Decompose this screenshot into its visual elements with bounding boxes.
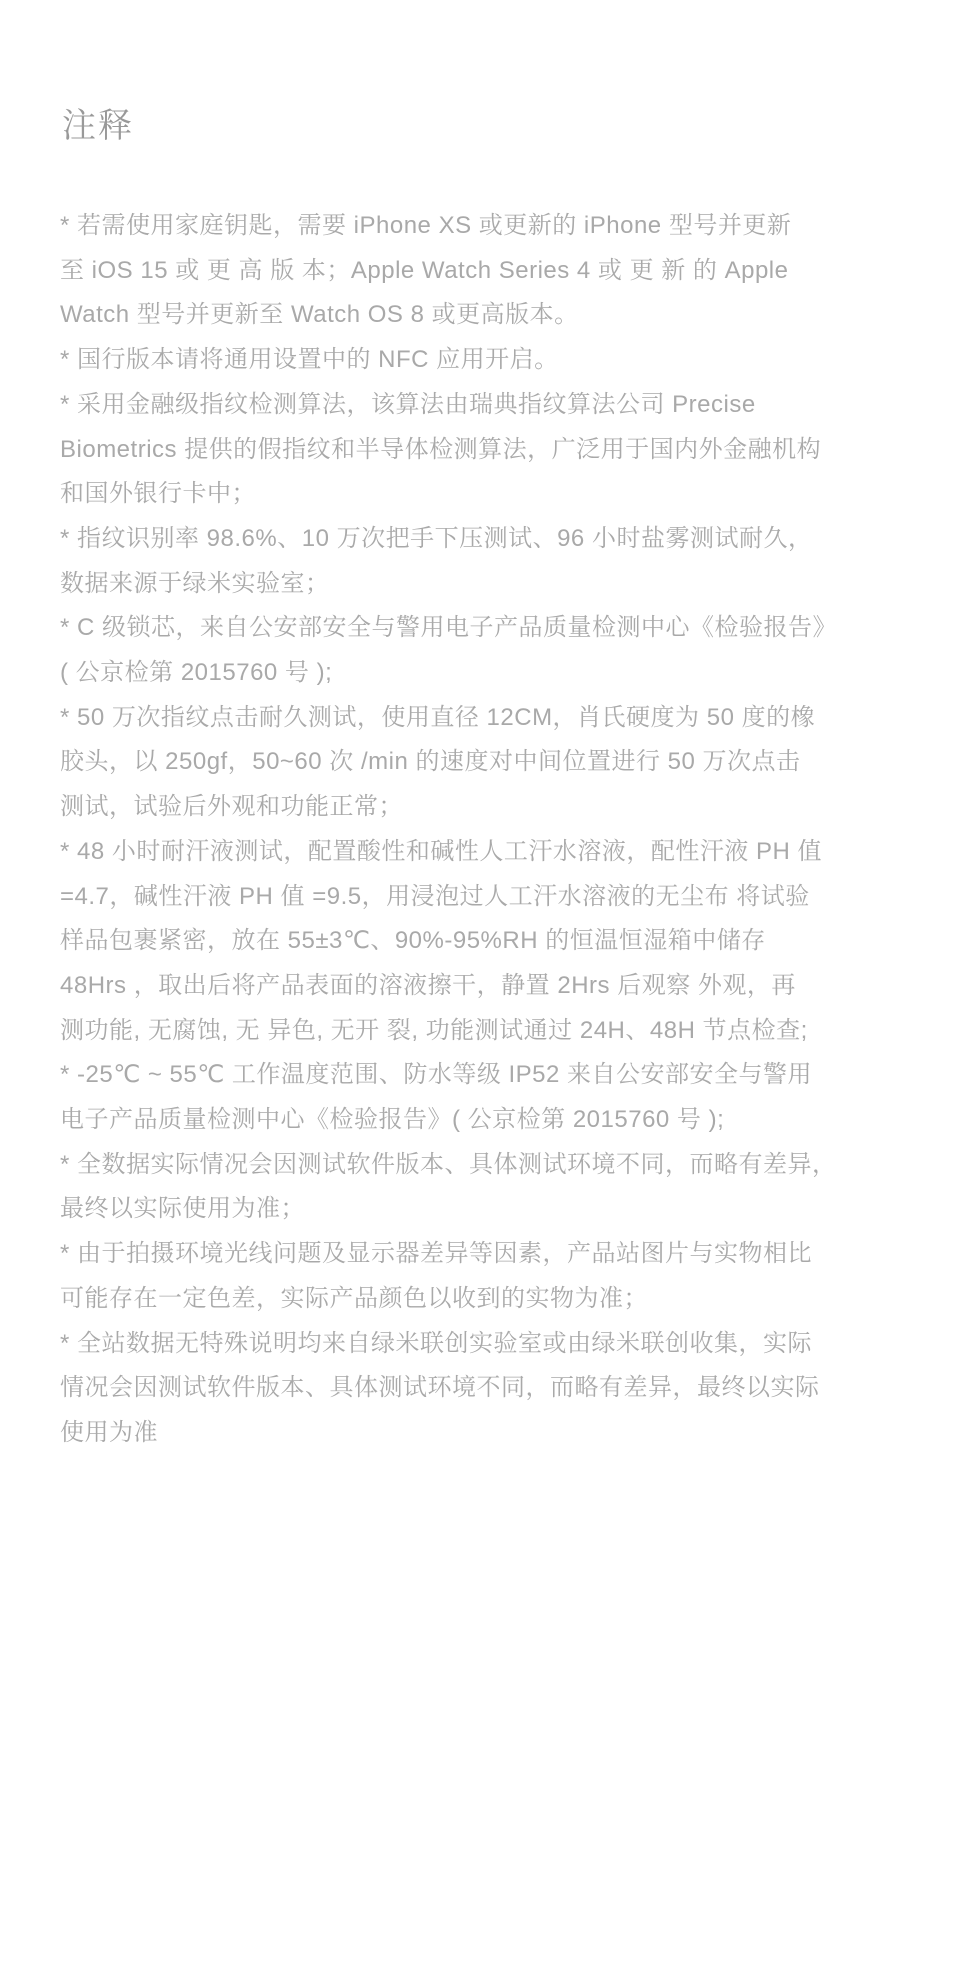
product-notes-section: 注释 * 若需使用家庭钥匙，需要 iPhone XS 或更新的 iPhone 型… — [0, 0, 960, 1981]
note-line: * -25℃ ~ 55℃ 工作温度范围、防水等级 IP52 来自公安部安全与警用 — [60, 1053, 900, 1098]
note-line: Biometrics 提供的假指纹和半导体检测算法，广泛用于国内外金融机构 — [60, 428, 900, 473]
note-line: 测功能, 无腐蚀, 无 异色, 无开 裂, 功能测试通过 24H、48H 节点检… — [60, 1009, 900, 1054]
notes-list: * 若需使用家庭钥匙，需要 iPhone XS 或更新的 iPhone 型号并更… — [60, 204, 900, 1456]
note-item: * -25℃ ~ 55℃ 工作温度范围、防水等级 IP52 来自公安部安全与警用… — [60, 1053, 900, 1142]
note-line: * 采用金融级指纹检测算法，该算法由瑞典指纹算法公司 Precise — [60, 383, 900, 428]
note-item: * 全数据实际情况会因测试软件版本、具体测试环境不同，而略有差异，最终以实际使用… — [60, 1143, 900, 1232]
note-line: * 全数据实际情况会因测试软件版本、具体测试环境不同，而略有差异， — [60, 1143, 900, 1188]
note-line: * 48 小时耐汗液测试，配置酸性和碱性人工汗水溶液，配性汗液 PH 值 — [60, 830, 900, 875]
note-item: * 国行版本请将通用设置中的 NFC 应用开启。 — [60, 338, 900, 383]
note-line: Watch 型号并更新至 Watch OS 8 或更高版本。 — [60, 293, 900, 338]
note-line: 数据来源于绿米实验室； — [60, 562, 900, 607]
note-line: 电子产品质量检测中心《检验报告》( 公京检第 2015760 号 ); — [60, 1098, 900, 1143]
note-line: * 由于拍摄环境光线问题及显示器差异等因素，产品站图片与实物相比 — [60, 1232, 900, 1277]
note-line: * 若需使用家庭钥匙，需要 iPhone XS 或更新的 iPhone 型号并更… — [60, 204, 900, 249]
note-line: * C 级锁芯，来自公安部安全与警用电子产品质量检测中心《检验报告》 — [60, 606, 900, 651]
note-line: * 50 万次指纹点击耐久测试，使用直径 12CM，肖氏硬度为 50 度的橡 — [60, 696, 900, 741]
note-line: 最终以实际使用为准； — [60, 1187, 900, 1232]
note-item: * 50 万次指纹点击耐久测试，使用直径 12CM，肖氏硬度为 50 度的橡胶头… — [60, 696, 900, 830]
note-item: * 48 小时耐汗液测试，配置酸性和碱性人工汗水溶液，配性汗液 PH 值=4.7… — [60, 830, 900, 1054]
note-item: * C 级锁芯，来自公安部安全与警用电子产品质量检测中心《检验报告》( 公京检第… — [60, 606, 900, 695]
note-item: * 若需使用家庭钥匙，需要 iPhone XS 或更新的 iPhone 型号并更… — [60, 204, 900, 338]
note-item: * 由于拍摄环境光线问题及显示器差异等因素，产品站图片与实物相比可能存在一定色差… — [60, 1232, 900, 1321]
note-line: ( 公京检第 2015760 号 ); — [60, 651, 900, 696]
note-line: =4.7，碱性汗液 PH 值 =9.5，用浸泡过人工汗水溶液的无尘布 将试验 — [60, 875, 900, 920]
note-line: * 国行版本请将通用设置中的 NFC 应用开启。 — [60, 338, 900, 383]
note-line: * 指纹识别率 98.6%、10 万次把手下压测试、96 小时盐雾测试耐久， — [60, 517, 900, 562]
page-title: 注释 — [62, 102, 134, 150]
note-item: * 指纹识别率 98.6%、10 万次把手下压测试、96 小时盐雾测试耐久，数据… — [60, 517, 900, 606]
note-line: * 全站数据无特殊说明均来自绿米联创实验室或由绿米联创收集，实际 — [60, 1322, 900, 1367]
note-line: 可能存在一定色差，实际产品颜色以收到的实物为准； — [60, 1277, 900, 1322]
note-line: 至 iOS 15 或 更 高 版 本；Apple Watch Series 4 … — [60, 249, 900, 294]
note-line: 48Hrs ，取出后将产品表面的溶液擦干，静置 2Hrs 后观察 外观，再 — [60, 964, 900, 1009]
note-item: * 采用金融级指纹检测算法，该算法由瑞典指纹算法公司 PreciseBiomet… — [60, 383, 900, 517]
note-line: 情况会因测试软件版本、具体测试环境不同，而略有差异，最终以实际 — [60, 1366, 900, 1411]
note-line: 测试，试验后外观和功能正常； — [60, 785, 900, 830]
note-line: 使用为准 — [60, 1411, 900, 1456]
note-line: 胶头，以 250gf，50~60 次 /min 的速度对中间位置进行 50 万次… — [60, 740, 900, 785]
note-line: 样品包裹紧密，放在 55±3℃、90%-95%RH 的恒温恒湿箱中储存 — [60, 919, 900, 964]
note-line: 和国外银行卡中； — [60, 472, 900, 517]
note-item: * 全站数据无特殊说明均来自绿米联创实验室或由绿米联创收集，实际情况会因测试软件… — [60, 1322, 900, 1456]
